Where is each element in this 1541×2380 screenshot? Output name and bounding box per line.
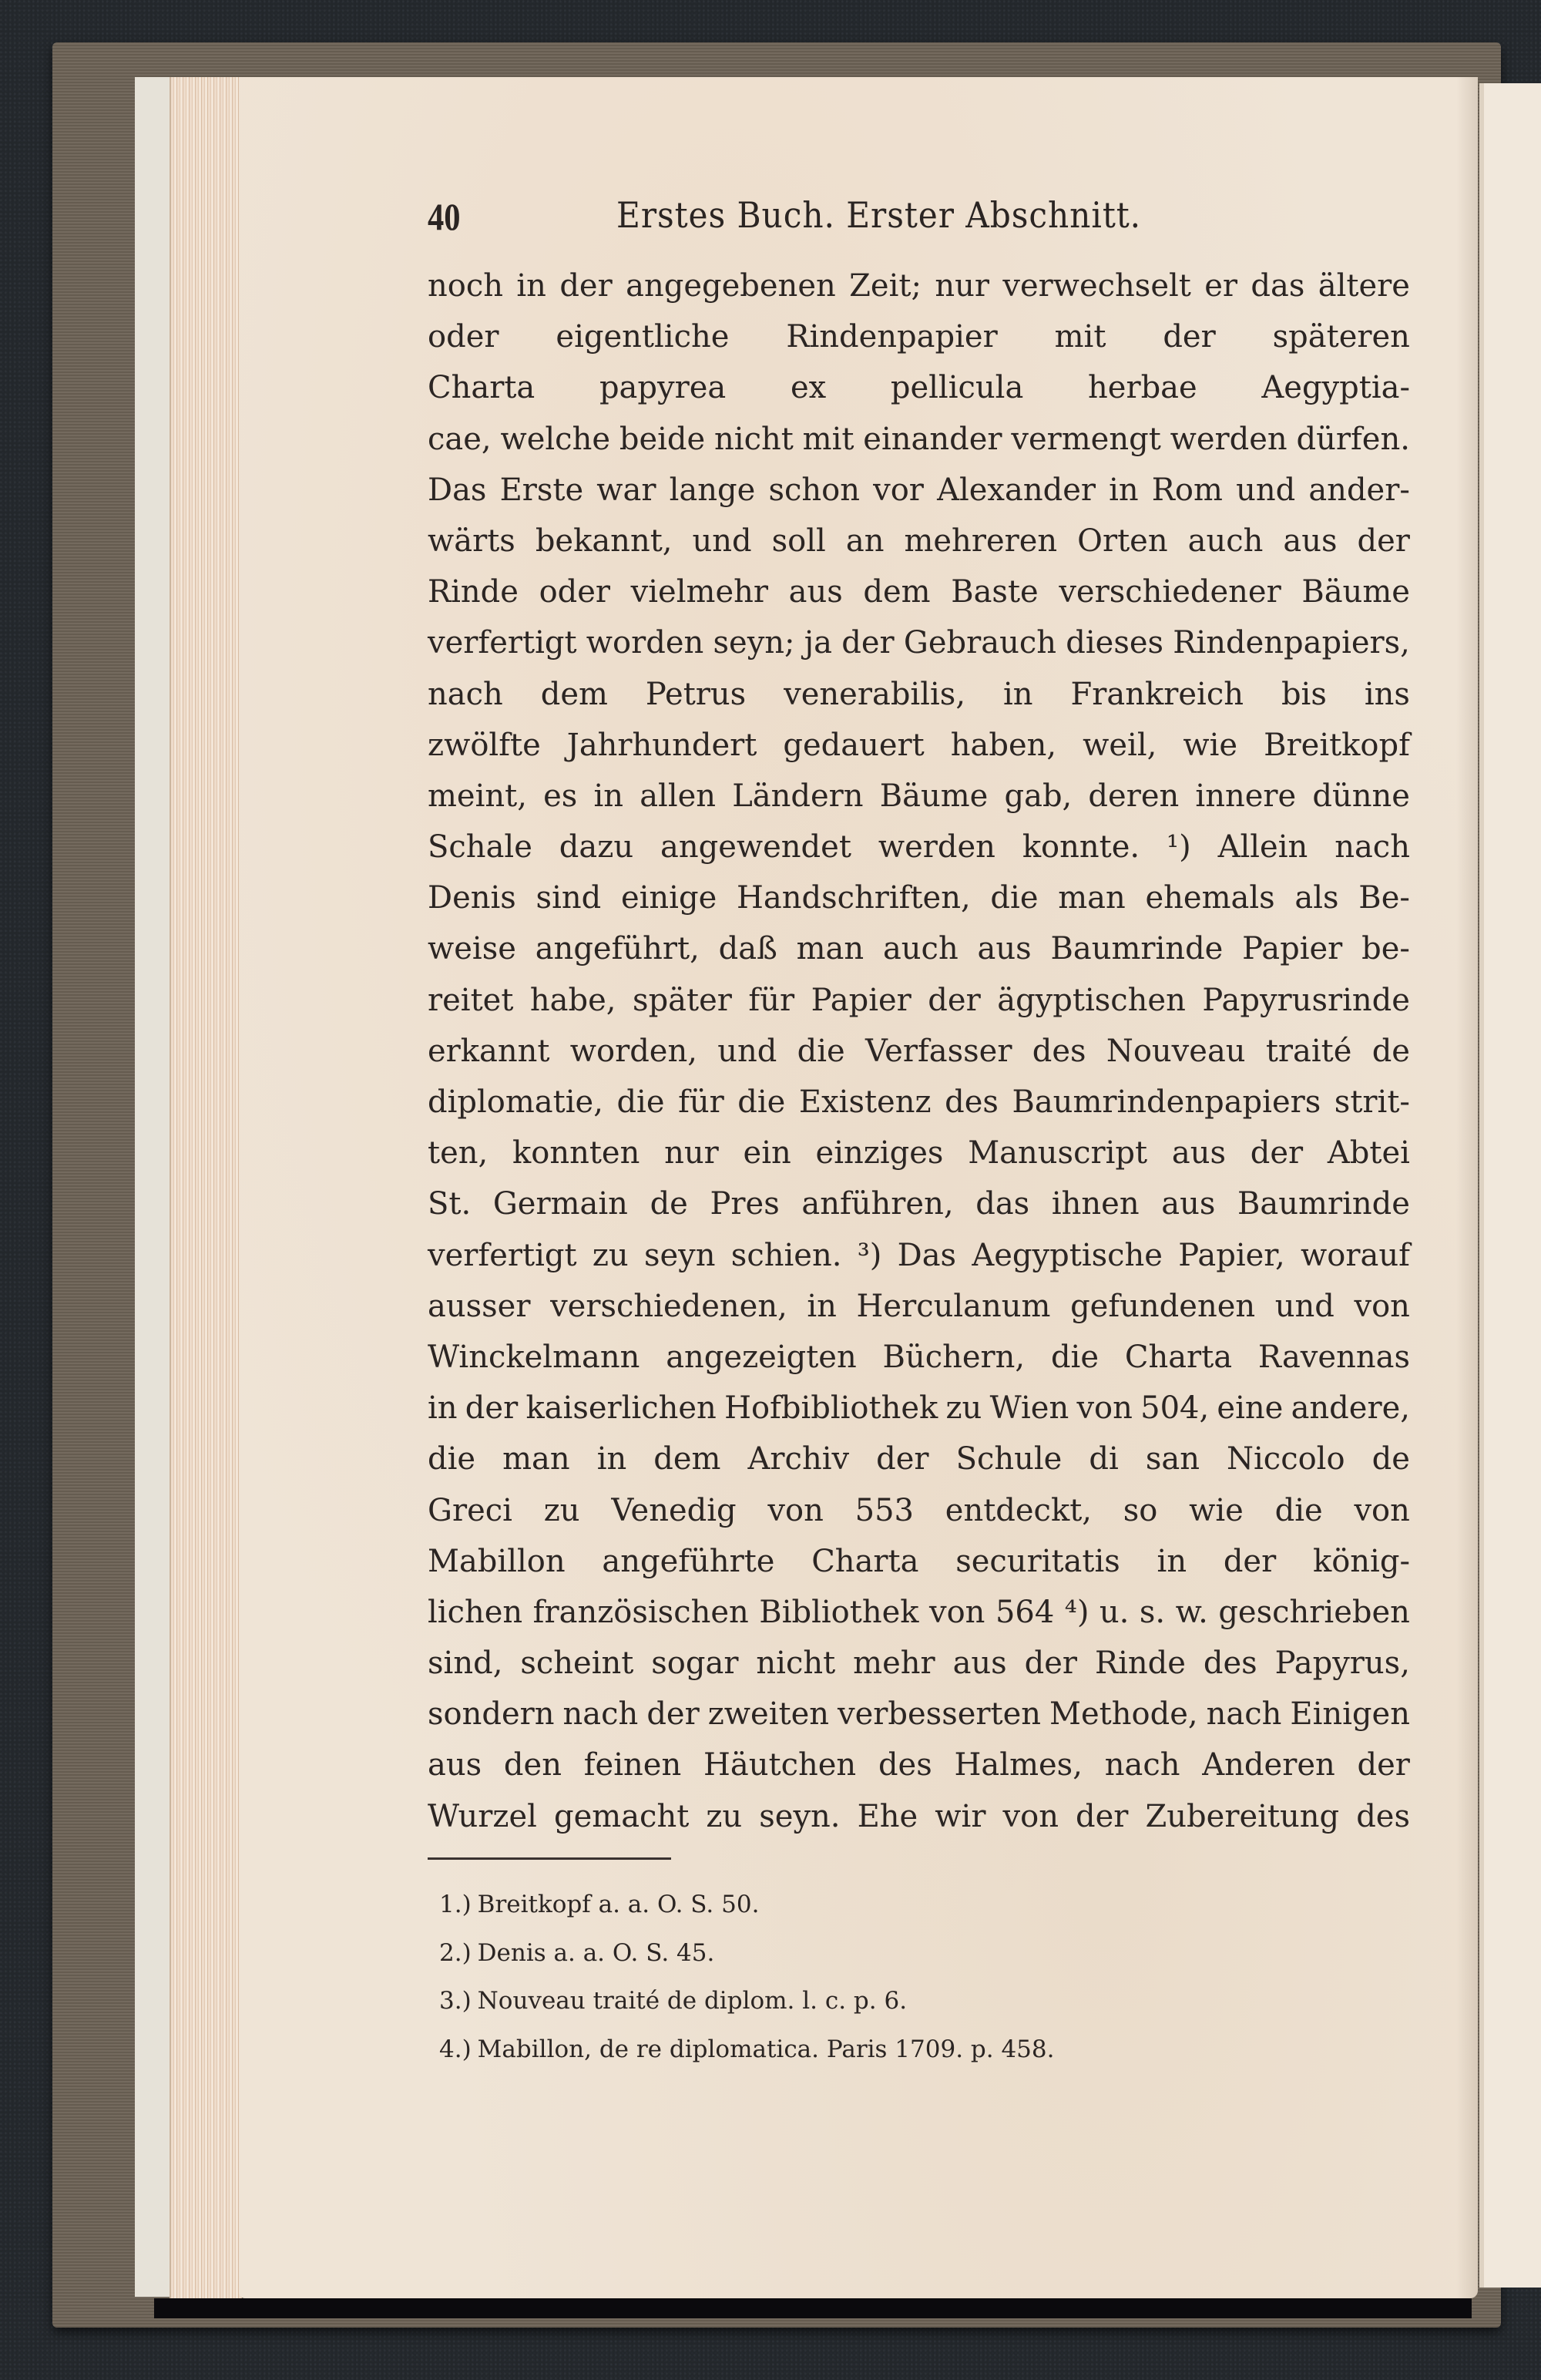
text-line: reitethabe,späterfürPapierderägyptischen… [428, 975, 1410, 1026]
text-line: erkanntworden,unddieVerfasserdesNouveaut… [428, 1026, 1410, 1077]
text-line: Schaledazuangewendetwerdenkonnte.¹)Allei… [428, 822, 1410, 872]
page-leaf-edges [170, 77, 242, 2298]
footnote-number: 4.) [439, 2035, 472, 2063]
text-line: MabillonangeführteChartasecuritatisinder… [428, 1536, 1410, 1587]
text-line: weiseangeführt,daßmanauchausBaumrindePap… [428, 923, 1410, 974]
footnotes: 1.)Breitkopf a. a. O. S. 50.2.)Denis a. … [439, 1881, 1364, 2073]
footnote-text: Nouveau traité de diplom. l. c. p. 6. [478, 1987, 907, 2015]
text-line: sind,scheintsogarnichtmehrausderRindedes… [428, 1638, 1410, 1689]
footnote: 3.)Nouveau traité de diplom. l. c. p. 6. [439, 1977, 1364, 2025]
binding-shadow [154, 2298, 1472, 2318]
footnote-text: Denis a. a. O. S. 45. [478, 1939, 715, 1967]
footnote: 4.)Mabillon, de re diplomatica. Paris 17… [439, 2025, 1364, 2074]
text-line: ten,konntennureineinzigesManuscriptausde… [428, 1128, 1410, 1178]
text-line: zwölfteJahrhundertgedauerthaben,weil,wie… [428, 720, 1410, 771]
text-line: nachdemPetrusvenerabilis,inFrankreichbis… [428, 669, 1410, 720]
text-line: verfertigtwordenseyn;jaderGebrauchdieses… [428, 617, 1410, 668]
facing-page-edge [1479, 83, 1541, 2288]
body-text: nochinderangegebenenZeit;nurverwechselte… [428, 261, 1410, 1842]
text-line: verfertigtzuseynschien.³)DasAegyptischeP… [428, 1230, 1410, 1281]
footnote-number: 3.) [439, 1987, 472, 2015]
footnote-text: Mabillon, de re diplomatica. Paris 1709.… [478, 2035, 1055, 2063]
text-line: WinckelmannangezeigtenBüchern,dieChartaR… [428, 1332, 1410, 1383]
footnote-separator-rule [428, 1857, 671, 1860]
endpaper-strip [135, 77, 170, 2297]
text-line: GrecizuVenedigvon553entdeckt,sowiedievon [428, 1485, 1410, 1536]
text-line: DenissindeinigeHandschriften,diemanehema… [428, 872, 1410, 923]
text-line: ausdenfeinenHäutchendesHalmes,nachAndere… [428, 1740, 1410, 1790]
text-line: St.GermaindePresanführen,dasihnenausBaum… [428, 1178, 1410, 1229]
text-line: diplomatie,diefürdieExistenzdesBaumrinde… [428, 1077, 1410, 1128]
text-line: inderkaiserlichenHofbibliothekzuWienvon5… [428, 1383, 1410, 1434]
text-line: RindeodervielmehrausdemBasteverschiedene… [428, 566, 1410, 617]
text-line: diemanindemArchivderSchuledisanNiccolode [428, 1434, 1410, 1484]
footnote-number: 2.) [439, 1939, 472, 1967]
text-line: ausserverschiedenen,inHerculanumgefunden… [428, 1281, 1410, 1332]
footnote-number: 1.) [439, 1891, 472, 1918]
text-line: odereigentlicheRindenpapiermitderspätere… [428, 311, 1410, 362]
text-line: Wurzelgemachtzuseyn.EhewirvonderZubereit… [428, 1791, 1410, 1842]
text-line: wärtsbekannt,undsollanmehrerenOrtenaucha… [428, 516, 1410, 566]
running-head: 40 Erstes Buch. Erster Abschnitt. [428, 194, 1429, 248]
text-line: nochinderangegebenenZeit;nurverwechselte… [428, 261, 1410, 311]
text-line: lichenfranzösischenBibliothekvon564⁴)u.s… [428, 1587, 1410, 1638]
footnote: 2.)Denis a. a. O. S. 45. [439, 1929, 1364, 1978]
text-line: ChartapapyreaexpelliculaherbaeAegyptia- [428, 362, 1410, 413]
footnote-text: Breitkopf a. a. O. S. 50. [478, 1891, 760, 1918]
gutter-shadow [1456, 77, 1478, 2298]
text-line: DasErstewarlangeschonvorAlexanderinRomun… [428, 465, 1410, 516]
text-line: meint,esinallenLändernBäumegab,dereninne… [428, 771, 1410, 822]
running-head-title: Erstes Buch. Erster Abschnitt. [616, 194, 1141, 236]
text-line: cae,welchebeidenichtmiteinandervermengtw… [428, 414, 1410, 465]
text-line: sondernnachderzweitenverbessertenMethode… [428, 1689, 1410, 1740]
page-number: 40 [428, 194, 461, 239]
footnote: 1.)Breitkopf a. a. O. S. 50. [439, 1881, 1364, 1929]
